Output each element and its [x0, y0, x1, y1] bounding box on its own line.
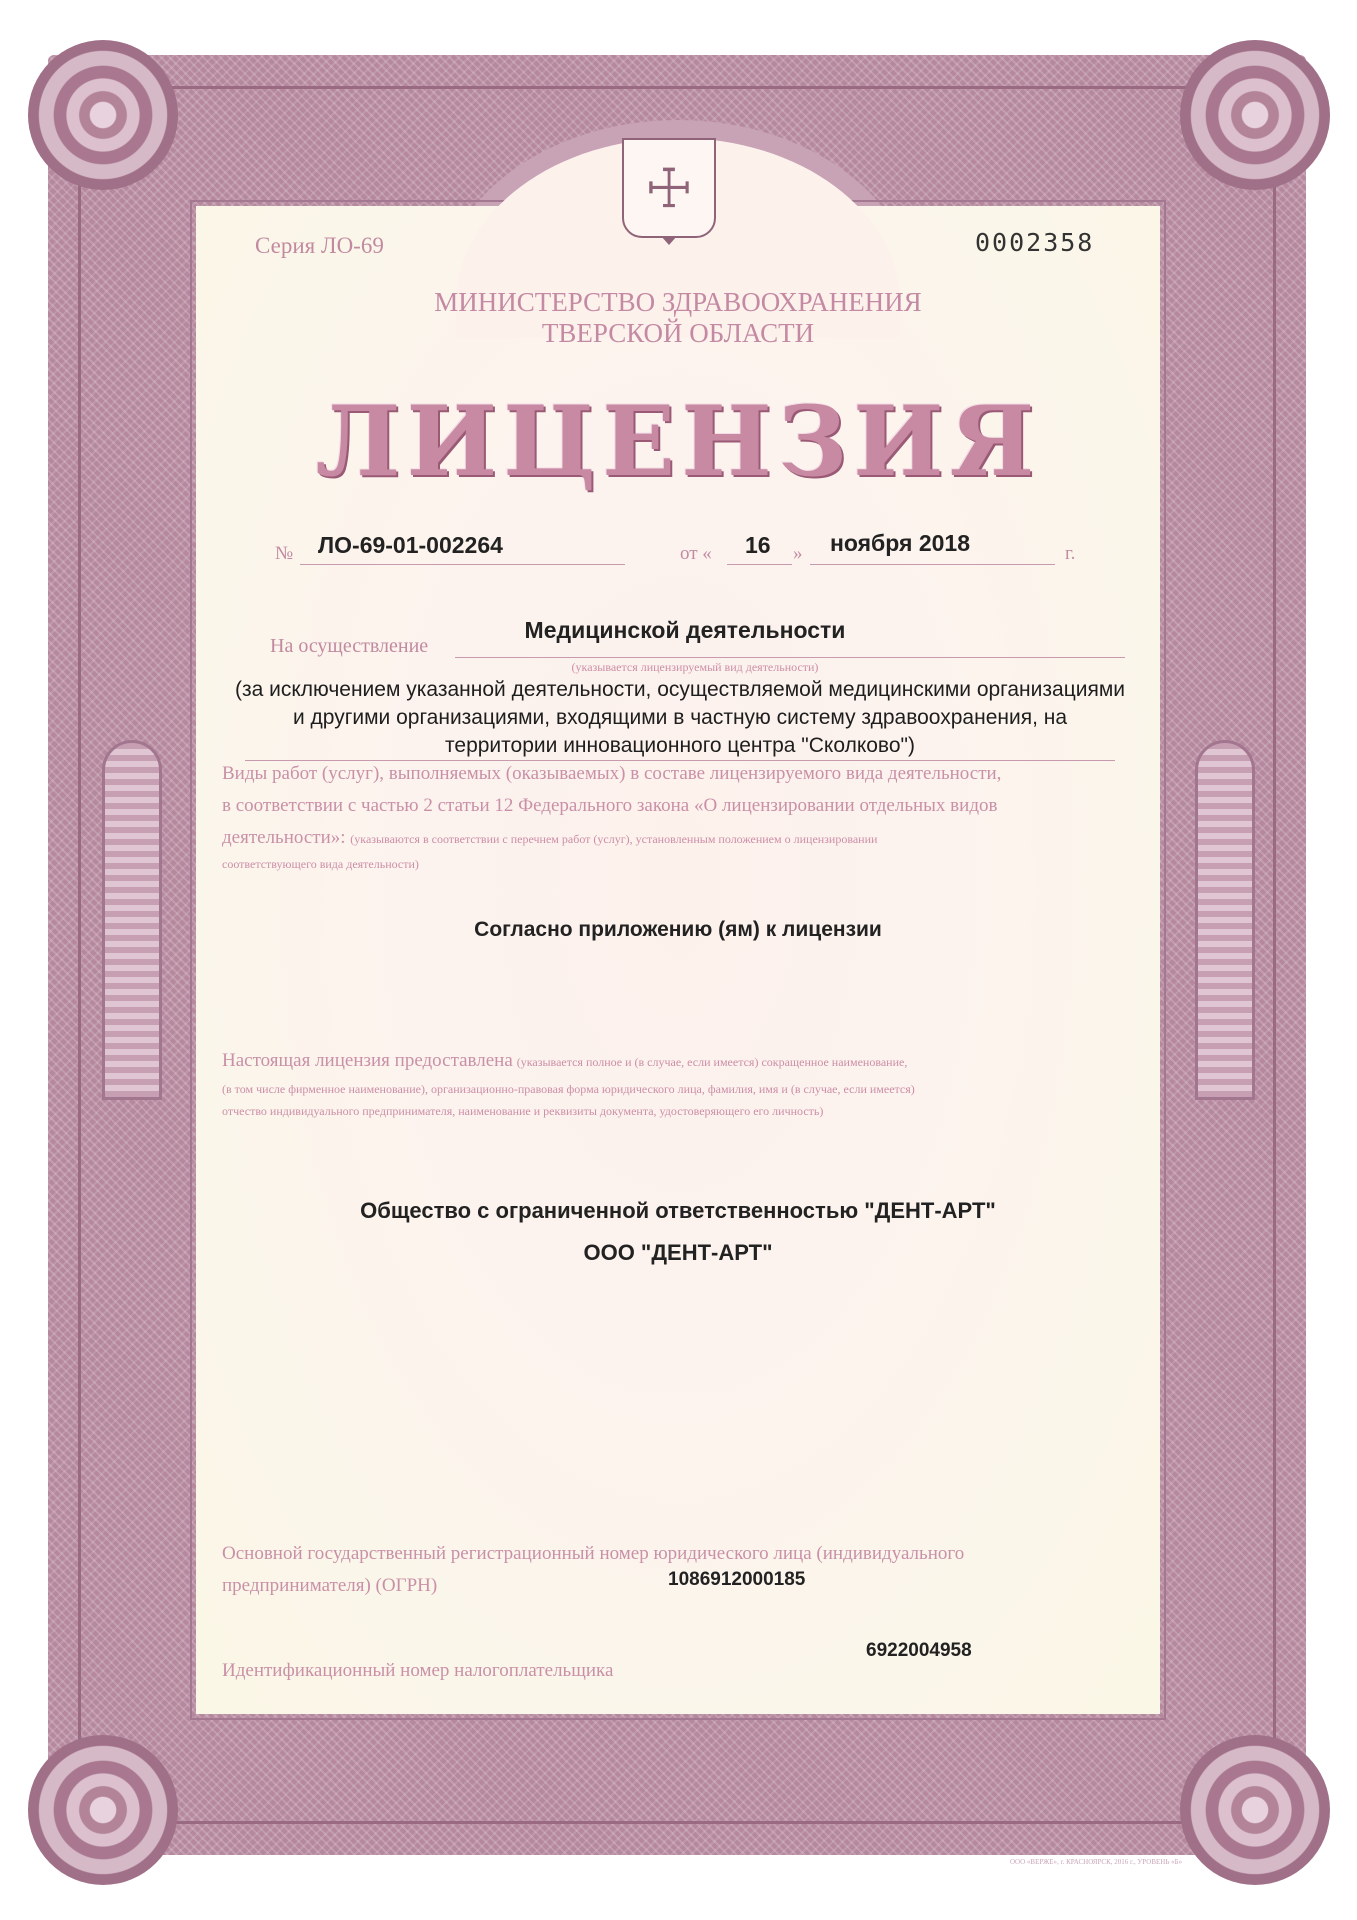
works-hint-line2: соответствующего вида деятельности) [222, 855, 1142, 873]
side-ornament-right [1195, 740, 1255, 1100]
ogrn-value: 1086912000185 [668, 1569, 805, 1591]
corner-rosette-icon [1180, 40, 1330, 190]
works-description: Виды работ (услуг), выполняемых (оказыва… [222, 758, 1142, 873]
works-text-line: деятельности»: (указываются в соответств… [222, 822, 1142, 855]
activity-value: Медицинской деятельности [455, 617, 915, 644]
works-text-line: Виды работ (услуг), выполняемых (оказыва… [222, 758, 1142, 790]
series-label: Серия ЛО-69 [255, 233, 384, 259]
date-month-year: ноября 2018 [830, 530, 970, 557]
activity-hint: (указывается лицензируемый вид деятельно… [455, 660, 935, 675]
organization-full-name: Общество с ограниченной ответственностью… [196, 1198, 1160, 1224]
license-number-line: ЛО-69-01-002264 [300, 530, 625, 565]
ogrn-label-line: Основной государственный регистрационный… [222, 1538, 1142, 1570]
corner-rosette-icon [1180, 1735, 1330, 1885]
activity-label: На осуществление [270, 635, 428, 658]
number-prefix: № [275, 543, 293, 565]
corner-rosette-icon [28, 40, 178, 190]
printer-note: ООО «ВЕРЖЕ», г. КРАСНОЯРСК, 2016 г., УРО… [1010, 1858, 1182, 1866]
works-value: Согласно приложению (ям) к лицензии [196, 918, 1160, 942]
works-text-line: в соответствии с частью 2 статьи 12 Феде… [222, 790, 1142, 822]
ministry-name-line1: МИНИСТЕРСТВО ЗДРАВООХРАНЕНИЯ [196, 287, 1160, 318]
activity-exception-line: территории инновационного центра "Сколко… [245, 732, 1115, 761]
date-month-line: ноября 2018 [810, 530, 1055, 565]
date-mid: » [793, 543, 803, 565]
date-suffix: г. [1065, 543, 1075, 565]
serial-number: 0002358 [975, 228, 1094, 257]
organization-short-name: ООО "ДЕНТ-АРТ" [196, 1240, 1160, 1266]
emblem-shield-tip [661, 236, 677, 245]
corner-rosette-icon [28, 1735, 178, 1885]
works-text-line3: деятельности»: [222, 827, 346, 848]
granted-section: Настоящая лицензия предоставлена (указыв… [222, 1045, 1142, 1121]
granted-line: Настоящая лицензия предоставлена (указыв… [222, 1045, 1142, 1077]
date-prefix: от « [680, 543, 712, 565]
granted-hint-line2: (в том числе фирменное наименование), ор… [222, 1077, 1142, 1101]
works-hint: (указываются в соответствии с перечнем р… [350, 832, 877, 846]
activity-exception-line: (за исключением указанной деятельности, … [180, 676, 1180, 704]
document-title: ЛИЦЕНЗИЯ [196, 385, 1160, 498]
inn-label: Идентификационный номер налогоплательщик… [222, 1655, 613, 1687]
activity-exception-line: и другими организациями, входящими в час… [180, 704, 1180, 732]
granted-label: Настоящая лицензия предоставлена [222, 1050, 513, 1071]
date-day-line: 16 [727, 530, 792, 565]
coat-of-arms-icon: ☩ [622, 138, 716, 238]
inn-value: 6922004958 [866, 1640, 972, 1662]
activity-exception: (за исключением указанной деятельности, … [180, 676, 1180, 761]
ministry-name-line2: ТВЕРСКОЙ ОБЛАСТИ [196, 318, 1160, 349]
granted-hint: (указывается полное и (в случае, если им… [517, 1055, 908, 1069]
date-day: 16 [745, 532, 771, 559]
license-number: ЛО-69-01-002264 [318, 532, 503, 559]
granted-hint-line3: отчество индивидуального предпринимателя… [222, 1101, 1142, 1121]
side-ornament-left [102, 740, 162, 1100]
